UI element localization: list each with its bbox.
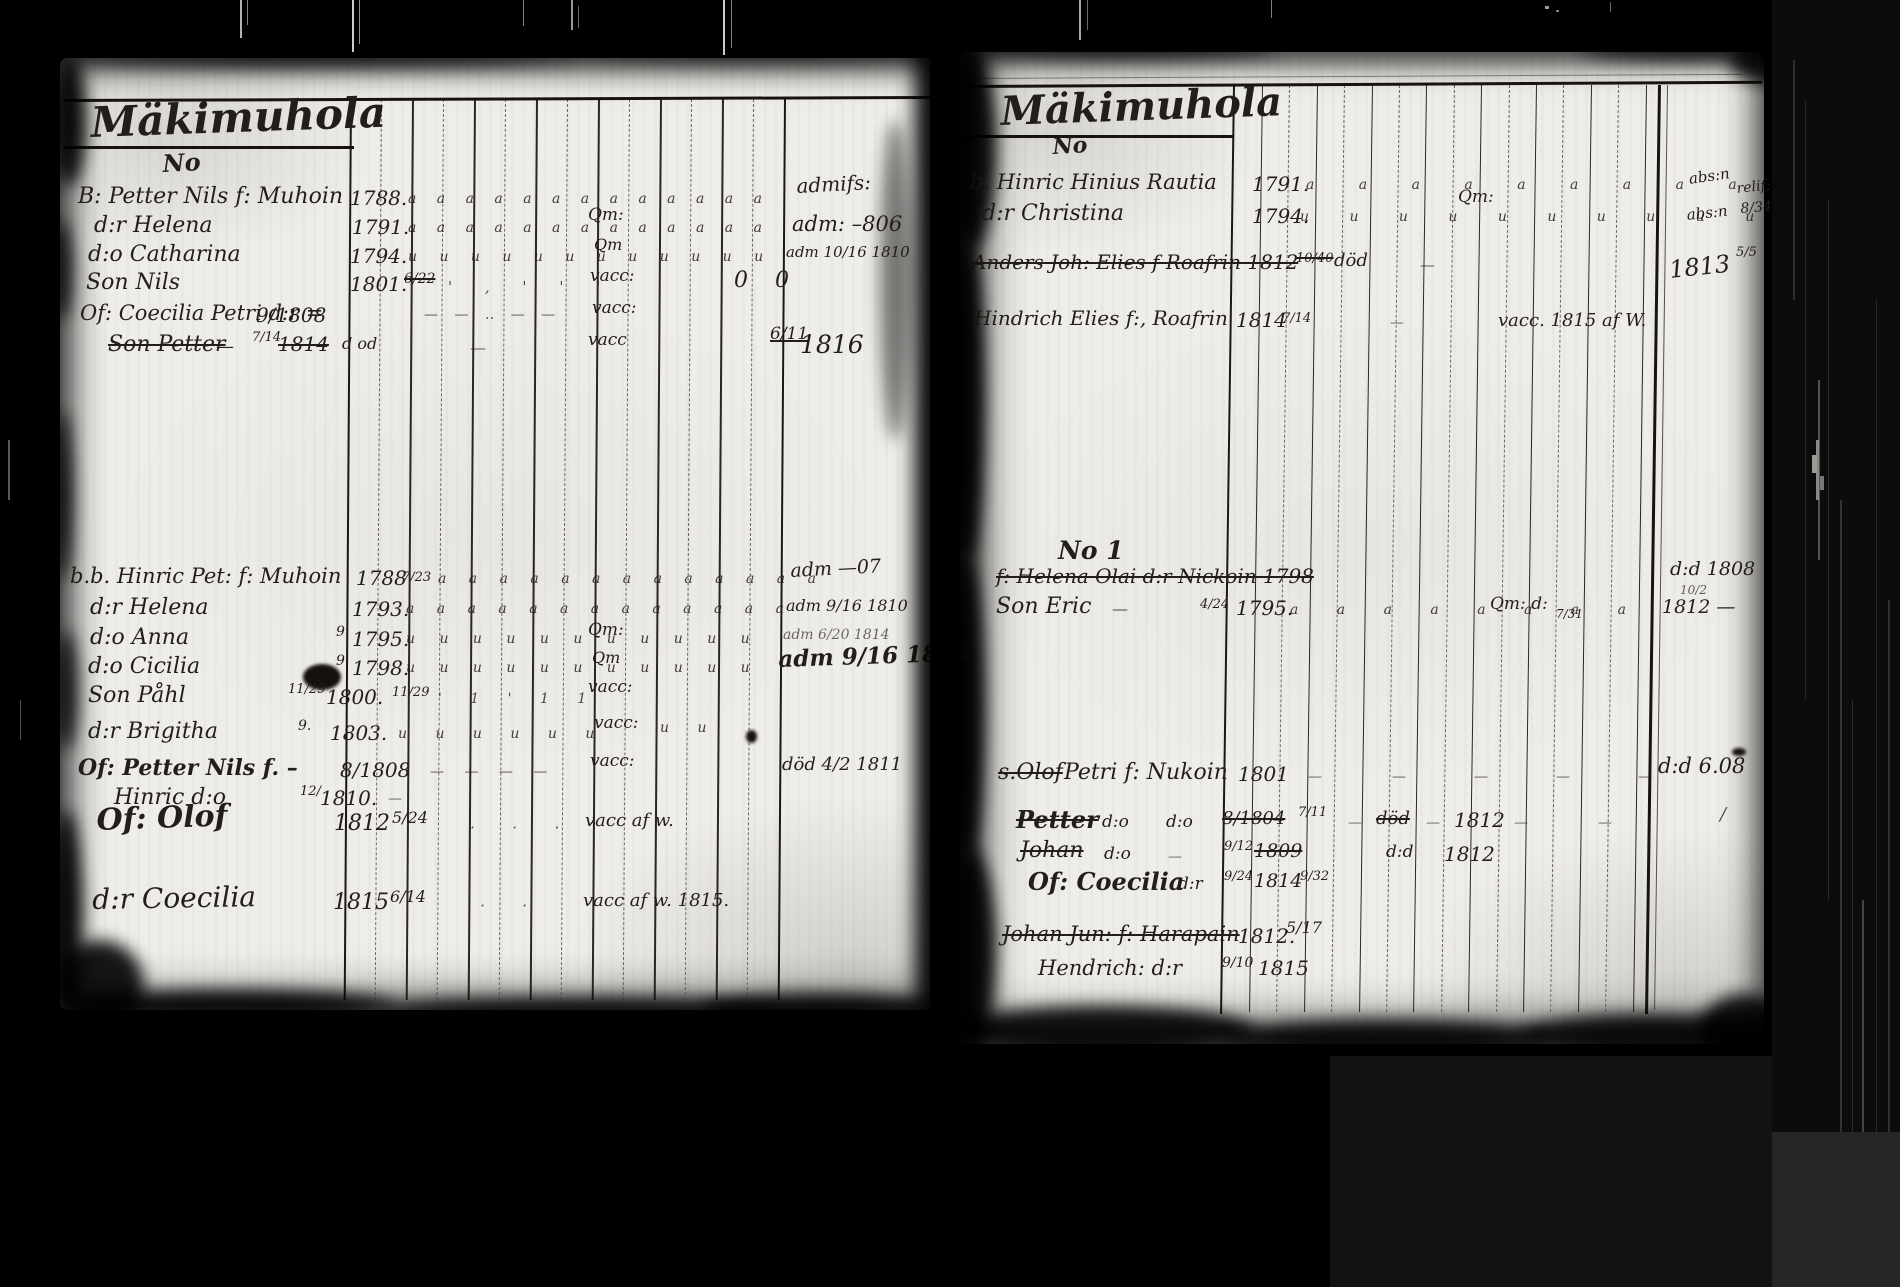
film-scratch — [1805, 100, 1806, 700]
handwriting-text: 1815 — [1258, 958, 1309, 978]
handwriting-text: 11/29 — [288, 683, 325, 696]
handwriting-text: 1788 — [356, 568, 407, 588]
handwriting-text: 1791. — [352, 217, 409, 237]
handwriting-text: 1795. — [1236, 598, 1293, 618]
handwriting-text: 9/32 — [1300, 870, 1329, 883]
handwriting-text: 9/10 — [1222, 956, 1253, 970]
handwriting-text: vacc. 1815 af W. — [1498, 312, 1646, 330]
handwriting-text: Petter — [1016, 808, 1099, 832]
handwriting-text: Petri f: Nukoin — [1064, 762, 1228, 784]
handwriting-text: 7/14 — [1282, 312, 1311, 325]
handwriting-text: 9. — [336, 625, 349, 639]
torn-edge-shadow — [1220, 1020, 1550, 1056]
handwriting-text: Johan — [1020, 840, 1084, 862]
film-edge-strip — [1772, 0, 1900, 1287]
handwriting-text: 1794. — [350, 246, 407, 266]
handwriting-text: Son Petter — [108, 334, 226, 356]
handwriting-text: 9. — [336, 654, 349, 668]
handwriting-text: vacc: — [594, 715, 639, 732]
film-scratch — [723, 0, 725, 55]
film-scratch — [352, 0, 354, 52]
torn-edge-shadow — [60, 48, 580, 66]
film-scratch — [1556, 10, 1559, 12]
handwriting-text: d:r — [1178, 876, 1203, 893]
handwriting-text: död 4/2 1811 — [782, 756, 902, 774]
handwriting-text: · · — [480, 898, 543, 914]
handwriting-text: 11/29 — [392, 686, 429, 699]
handwriting-text: 1793. — [352, 599, 409, 619]
handwriting-text: — — [1392, 770, 1406, 784]
handwriting-text: d:r Helena — [94, 215, 213, 237]
torn-edge-shadow — [52, 410, 72, 580]
handwriting-text: 1814 — [278, 334, 329, 354]
torn-edge-shadow — [954, 1006, 1254, 1054]
handwriting-text: 1816 — [800, 332, 864, 357]
film-edge-light-panel — [1772, 1132, 1900, 1287]
handwriting-text: d:r Christina — [982, 203, 1124, 225]
handwriting-text: 7/11 — [1298, 806, 1327, 819]
handwriting-text: Hendrich: d:r — [1038, 958, 1182, 979]
film-scratch — [1079, 0, 1081, 40]
ink-blot — [746, 730, 757, 743]
handwriting-text: Of: Olof — [96, 801, 228, 836]
handwriting-text: 1795. — [352, 629, 409, 649]
handwriting-text: död — [1376, 810, 1410, 828]
handwriting-text: vacc: — [590, 268, 635, 285]
handwriting-text: — — [1308, 770, 1322, 784]
handwriting-text: ' 1 ' 1 1 — [438, 692, 598, 706]
film-scratch — [1793, 60, 1795, 300]
handwriting-text: — — [388, 792, 402, 806]
torn-edge-shadow — [1580, 40, 1800, 60]
microfilm-scan: MäkimuholaNoB: Petter Nils f: Muhoin1788… — [0, 0, 1900, 1287]
handwriting-text: Qm: — [588, 622, 624, 639]
handwriting-text: d:o Anna — [90, 627, 189, 649]
handwriting-text: — — [1598, 816, 1612, 830]
film-scratch — [1820, 476, 1824, 490]
handwriting-text: Qm — [594, 237, 622, 253]
film-scratch — [578, 6, 579, 28]
film-scratch — [8, 440, 10, 500]
handwriting-text: — — [1474, 770, 1488, 784]
handwriting-text: — — [1426, 816, 1440, 830]
handwriting-text: 7/31 — [1556, 608, 1583, 620]
torn-edge-shadow — [560, 46, 950, 62]
handwriting-text: — — — — — [430, 765, 555, 779]
handwriting-text: vacc af w. — [585, 812, 674, 830]
handwriting-text: d:r Brigitha — [88, 721, 218, 743]
handwriting-text: Of: Coecilia — [1028, 870, 1184, 894]
handwriting-text: u u u u u u u u u u — [1300, 210, 1772, 224]
handwriting-text: 1798. — [352, 658, 409, 678]
handwriting-text: d:d — [1386, 844, 1414, 861]
handwriting-text: 1814 — [1254, 872, 1302, 891]
handwriting-text: Anders Joh: Elies f Roafrin 1812 — [972, 252, 1298, 272]
handwriting-text: Of: Petter Nils f. – — [78, 757, 298, 779]
handwriting-text: 10/2 — [1680, 584, 1707, 596]
handwriting-text: u u u u u u u u u u u u — [408, 250, 772, 264]
handwriting-text: 1803. — [330, 723, 387, 743]
handwriting-text: Qm: — [1458, 189, 1494, 206]
handwriting-text: 1791. — [1252, 174, 1309, 194]
handwriting-text: / — [1720, 806, 1726, 824]
handwriting-text: f: Helena Olai d:r Nickoin 1798 — [996, 566, 1314, 586]
handwriting-text: 5/17 — [1286, 920, 1322, 936]
film-scratch — [1271, 0, 1272, 18]
film-scratch — [1087, 0, 1088, 30]
film-lower-panel — [1330, 1056, 1772, 1287]
handwriting-text: 1801. — [350, 274, 407, 294]
handwriting-text: u u u u u u — [398, 727, 606, 741]
handwriting-text: Qm: d: — [1490, 596, 1548, 613]
handwriting-text: adm 9/16 1810 — [786, 598, 908, 614]
handwriting-text: vacc: — [592, 300, 637, 317]
handwriting-text: 1813 — [1668, 252, 1731, 282]
handwriting-text: Johan Jun: f: Harapain — [1002, 924, 1240, 945]
handwriting-text: 1812 — [1444, 844, 1495, 864]
handwriting-text: — — [1348, 816, 1362, 830]
torn-edge-shadow — [66, 990, 396, 1020]
film-scratch — [1610, 2, 1611, 12]
torn-edge-shadow — [700, 994, 940, 1024]
handwriting-text: vacc — [588, 332, 627, 349]
number-label-right: No — [1052, 134, 1088, 158]
handwriting-text: 7/23 — [402, 571, 431, 584]
handwriting-text: d:o Catharina — [88, 244, 241, 266]
handwriting-text: Hindrich Elies f:, Roafrin — [974, 308, 1228, 328]
handwriting-text: u u — [660, 721, 718, 735]
handwriting-text: adm 10/16 1810 — [786, 245, 910, 260]
handwriting-text: 1812 — — [1662, 598, 1735, 617]
handwriting-text: a a a a a a a a a a a a a — [406, 602, 793, 616]
handwriting-text: 6/14 — [390, 889, 426, 905]
handwriting-text: 10/40 — [1296, 252, 1333, 265]
handwriting-text: adm 6/20 1814 — [783, 628, 890, 642]
handwriting-text: d:o — [1166, 814, 1193, 831]
handwriting-text: 1815 — [333, 892, 389, 914]
handwriting-text: d od — [342, 336, 377, 352]
header-rule — [64, 146, 354, 149]
handwriting-text: 0 0 — [734, 270, 799, 292]
handwriting-text: d:r Helena — [90, 597, 209, 619]
film-scratch — [1545, 6, 1549, 9]
handwriting-text: adm —07 — [790, 557, 882, 581]
handwriting-text: — — [1390, 316, 1404, 330]
header-rule — [962, 135, 1234, 138]
page-title-right: Mäkimuhola — [1000, 82, 1283, 132]
film-scratch — [359, 0, 360, 44]
film-scratch — [731, 0, 732, 48]
handwriting-text: 1814 — [1236, 310, 1287, 330]
torn-edge-shadow — [958, 40, 1278, 58]
handwriting-text: B: Petter Nils f: Muhoin — [78, 186, 343, 208]
handwriting-text: — — [1638, 770, 1652, 784]
handwriting-text: d:o — [1104, 846, 1131, 863]
handwriting-text: Son Eric — [996, 596, 1091, 618]
handwriting-text: 8/1804 — [1222, 810, 1285, 828]
page-gutter-shadow — [930, 30, 960, 1260]
handwriting-text: d:r Coecilia — [92, 883, 256, 914]
handwriting-text: · · · — [470, 820, 575, 836]
torn-edge-shadow — [54, 630, 78, 750]
handwriting-text: 12/ — [300, 785, 321, 798]
handwriting-text: — — [470, 340, 486, 356]
handwriting-text: a a a a a a a a a a a a a — [438, 572, 825, 586]
handwriting-text: 1800. — [326, 687, 383, 707]
handwriting-text: d:d 6.08 — [1658, 756, 1745, 777]
handwriting-text: — — [1420, 258, 1435, 273]
handwriting-text: — — [1556, 770, 1570, 784]
handwriting-text: adm: –806 — [792, 214, 902, 235]
film-scratch — [571, 0, 573, 30]
handwriting-text: Son Påhl — [88, 685, 186, 707]
page-title-left: Mäkimuhola — [90, 92, 387, 144]
handwriting-text: No 1 — [1058, 538, 1124, 563]
handwriting-text: admifs: — [796, 172, 871, 196]
handwriting-text: — — [1112, 601, 1128, 617]
film-scratch — [1812, 455, 1817, 473]
handwriting-text: b. Hinric Hinius Rautia — [970, 172, 1217, 193]
handwriting-text: 8/1808 — [340, 760, 410, 780]
handwriting-text: 9/24 — [1224, 870, 1253, 883]
handwriting-text: b.b. Hinric Pet: f: Muhoin — [70, 566, 341, 587]
handwriting-text: död — [1334, 252, 1368, 270]
handwriting-text: d:o Cicilia — [88, 656, 200, 678]
handwriting-text: — — [1514, 816, 1528, 830]
film-scratch — [1828, 200, 1829, 900]
handwriting-text: 9. — [298, 719, 311, 733]
torn-edge-shadow — [880, 120, 910, 440]
handwriting-text: 1788. — [350, 188, 407, 208]
film-scratch — [20, 700, 21, 740]
handwriting-text: 5/5 — [1736, 246, 1757, 259]
handwriting-text: 1810. — [320, 788, 377, 808]
handwriting-text: d:d 1808 — [1670, 560, 1755, 579]
handwriting-text: a a a a a a a a — [1290, 603, 1643, 617]
handwriting-text: 7/14 — [252, 331, 281, 344]
handwriting-text: 4/24 — [1200, 598, 1229, 611]
handwriting-text: 1812 — [1454, 810, 1505, 830]
handwriting-text: 5/24 — [392, 810, 428, 826]
handwriting-text: 6/22 — [404, 272, 435, 286]
handwriting-text: — — ‥ — — — [424, 308, 561, 322]
handwriting-text: d:o — [1102, 814, 1129, 831]
film-scratch — [247, 0, 248, 25]
handwriting-text: u u u u u u u u u u u — [406, 632, 760, 646]
torn-edge-shadow — [52, 56, 86, 186]
handwriting-text: u u u u u u u u u u u — [406, 661, 760, 675]
handwriting-text: — — [1168, 850, 1182, 864]
handwriting-text: 9/12 — [1224, 840, 1253, 853]
handwriting-text: 1801 — [1238, 764, 1289, 784]
handwriting-text: vacc: — [590, 753, 635, 770]
handwriting-text: — — [216, 338, 234, 356]
handwriting-text: a a a a a a a a a a a a a — [408, 192, 770, 206]
torn-edge-shadow — [50, 220, 72, 320]
handwriting-text: Qm — [592, 650, 620, 666]
handwriting-text: Son Nils — [86, 272, 180, 294]
handwriting-text: 1809 — [1254, 842, 1302, 861]
film-scratch — [240, 0, 242, 38]
handwriting-text: vacc: — [588, 679, 633, 696]
film-scratch — [523, 0, 524, 26]
handwriting-text: vacc af w. 1815. — [583, 892, 729, 910]
handwriting-text: Qm: — [588, 207, 624, 224]
number-label-left: No — [162, 150, 201, 176]
handwriting-text: 1812 — [334, 813, 390, 835]
handwriting-text: 9/1808 — [256, 305, 326, 325]
handwriting-text: s.Olof — [998, 762, 1063, 784]
